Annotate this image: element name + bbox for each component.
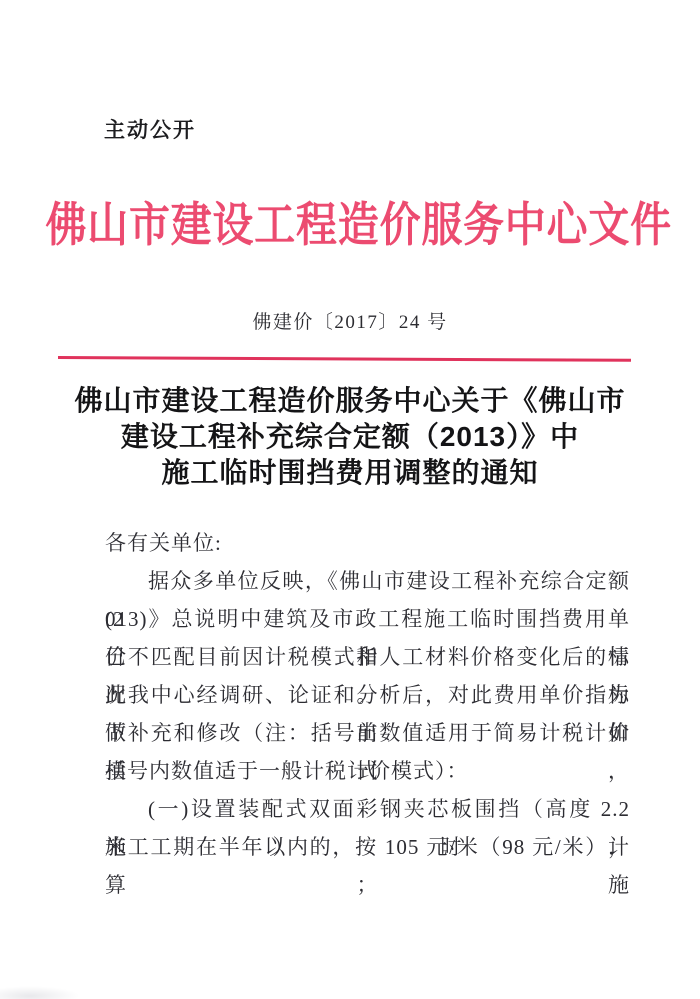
scan-smudge bbox=[0, 972, 140, 999]
body-line: 013)》总说明中建筑及市政工程施工临时围挡费用单价指标 bbox=[105, 600, 630, 638]
body-line: 施工工期在半年以内的，按 105 元/米（98 元/米）计算；施 bbox=[105, 828, 630, 866]
doc-number: 佛建价〔2017〕24 号 bbox=[0, 311, 700, 335]
red-divider-line bbox=[58, 356, 631, 361]
notice-title-line-1: 佛山市建设工程造价服务中心关于《佛山市 bbox=[35, 383, 665, 419]
scanned-document-page: 主动公开 佛山市建设工程造价服务中心文件 佛建价〔2017〕24 号 佛山市建设… bbox=[0, 0, 700, 999]
body-line: 已不匹配目前因计税模式和人工材料价格变化后的情况。为 bbox=[105, 638, 630, 676]
document-body: 各有关单位: 据众多单位反映，《佛山市建设工程补充综合定额(2 013)》总说明… bbox=[105, 524, 630, 866]
notice-title-line-2: 建设工程补充综合定额（2013）》中 bbox=[35, 419, 665, 455]
salutation: 各有关单位: bbox=[105, 524, 630, 562]
body-line: (一)设置装配式双面彩钢夹芯板围挡（高度 2.2 米）时， bbox=[105, 790, 630, 828]
disclosure-label: 主动公开 bbox=[104, 114, 196, 144]
letterhead-title: 佛山市建设工程造价服务中心文件 bbox=[46, 198, 655, 254]
notice-title: 佛山市建设工程造价服务中心关于《佛山市 建设工程补充综合定额（2013）》中 施… bbox=[35, 383, 665, 491]
notice-title-line-3: 施工临时围挡费用调整的通知 bbox=[35, 455, 665, 491]
body-line: 据众多单位反映，《佛山市建设工程补充综合定额(2 bbox=[105, 562, 630, 600]
body-line: 下补充和修改（注：括号前数值适用于简易计税计价模式， bbox=[105, 714, 630, 752]
body-line: 此我中心经调研、论证和分析后，对此费用单价指标做出如 bbox=[105, 676, 630, 714]
